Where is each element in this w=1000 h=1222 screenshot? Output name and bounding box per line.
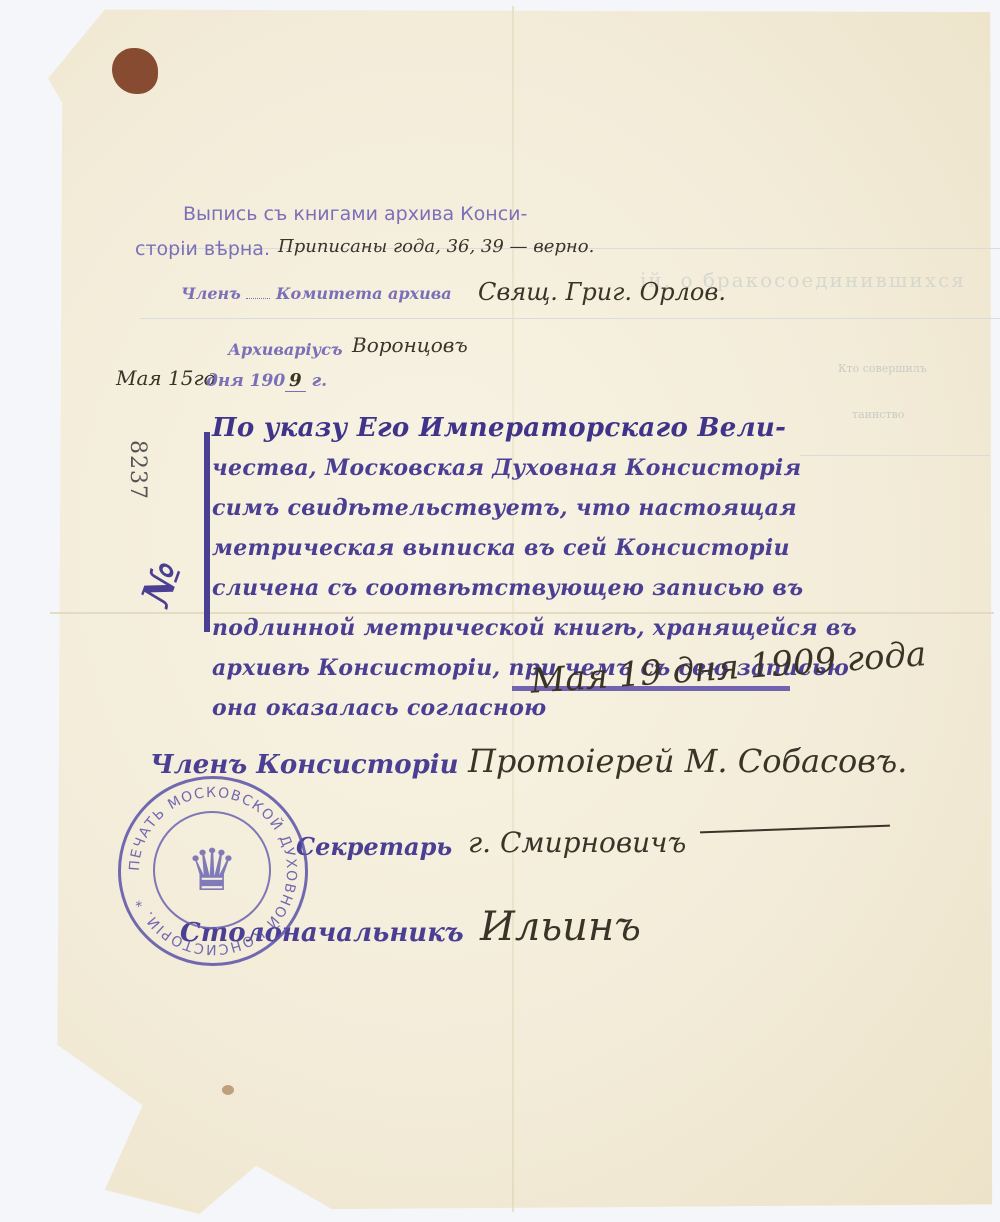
faded-column-header: Кто совершилъ — [838, 362, 927, 375]
ink-stain — [112, 48, 158, 94]
form-rule — [800, 455, 990, 456]
seal-inner-ring: ♛ — [153, 811, 271, 929]
form-rule — [140, 318, 1000, 319]
consistory-seal: ПЕЧАТЬ МОСКОВСКОЙ ДУХОВНОЙ КОНСИСТОРІИ. … — [118, 776, 308, 966]
signature-head-clerk: Ильинъ — [480, 904, 641, 950]
cert-line: По указу Его Императорскаго Вели- — [212, 408, 800, 448]
role-secretary: Секретарь — [296, 832, 452, 861]
date-stamp: дня 1909 г. — [206, 370, 327, 391]
registration-number: 8237 — [125, 440, 150, 500]
archive-stamp-line1: Выпись съ книгами архива Конси- — [183, 203, 527, 225]
role-consistory-member: Членъ Консисторіи — [150, 750, 459, 780]
date-label: дня 190 — [206, 371, 285, 391]
double-headed-eagle-icon: ♛ — [186, 836, 238, 904]
small-stain — [222, 1085, 234, 1095]
stamp-border-bar — [204, 432, 210, 632]
member-committee: Комитета архива — [276, 284, 452, 303]
cert-line: чества, Московская Духовная Консисторія — [212, 448, 800, 488]
cert-line: метрическая выписка въ сей Консисторіи — [212, 528, 800, 568]
cert-line: сличена съ соотвѣтствующею записью въ — [212, 568, 800, 608]
member-prefix: Членъ — [181, 284, 241, 303]
cert-line: она оказалась согласною — [212, 688, 800, 728]
blank-line — [246, 298, 270, 299]
cert-line: подлинной метрической книгѣ, хранящейся … — [212, 608, 800, 648]
handwritten-archive-note: Приписаны года, 36, 39 — верно. — [278, 236, 594, 257]
archive-stamp-line2: сторіи вѣрна. — [135, 238, 270, 260]
archivist-label: Архиваріусъ — [228, 340, 342, 359]
archivist-signature: Воронцовъ — [352, 333, 468, 357]
faded-column-header: таинство — [852, 408, 904, 421]
cert-line: симъ свидѣтельствуетъ, что настоящая — [212, 488, 800, 528]
member-signature: Свящ. Григ. Орлов. — [478, 278, 726, 306]
handwritten-date: Мая 15го — [116, 366, 216, 390]
signature-secretary: г. Смирновичъ — [468, 826, 686, 859]
date-suffix: г. — [312, 371, 327, 391]
date-year-digit: 9 — [285, 370, 306, 392]
member-label: Членъ Комитета архива — [181, 284, 452, 303]
signature-consistory-member: Протоіерей М. Собасовъ. — [468, 742, 907, 780]
